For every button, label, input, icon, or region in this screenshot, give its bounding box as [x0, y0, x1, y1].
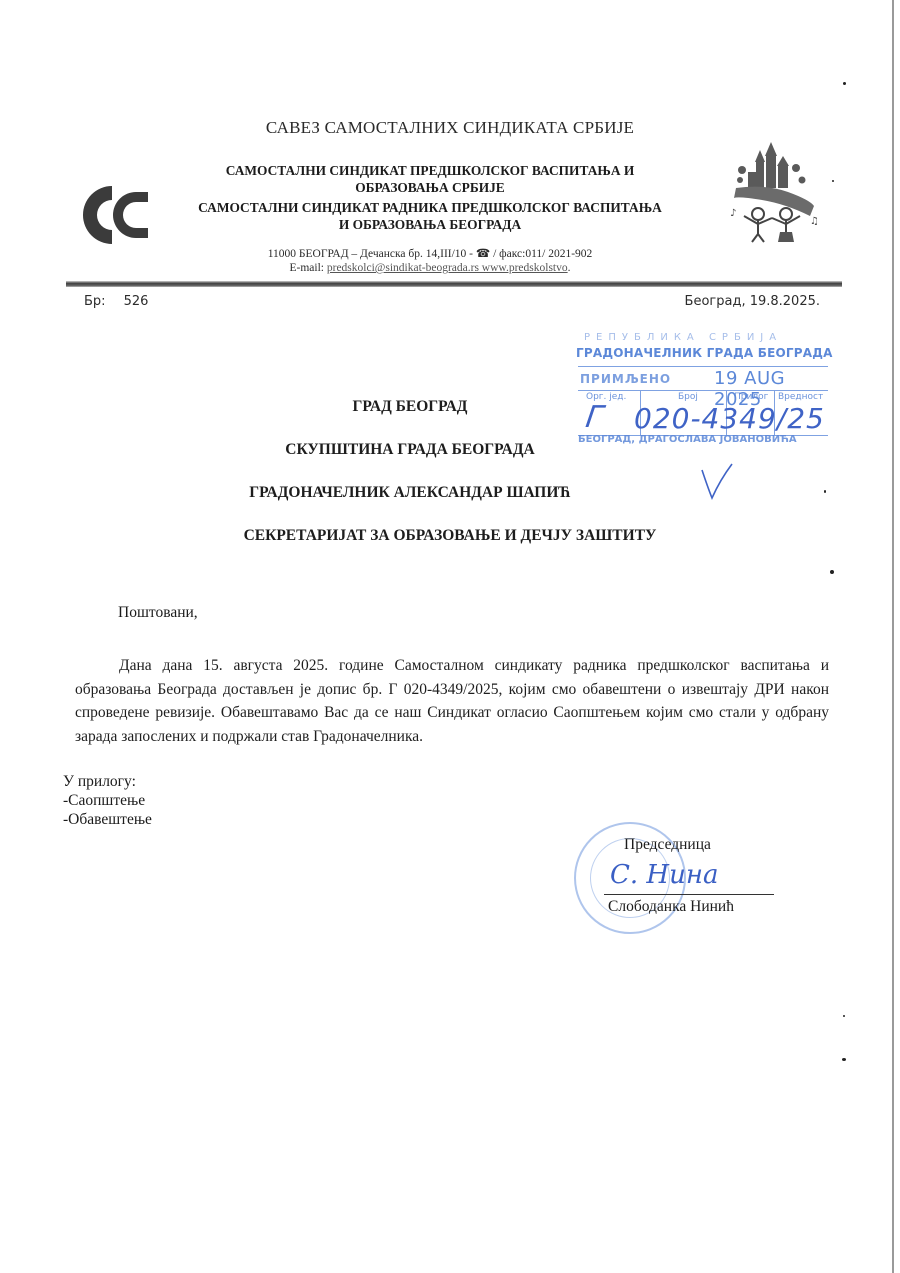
page-edge	[892, 0, 894, 1273]
handwritten-signature: С. Нина	[610, 860, 718, 890]
reference-number: Бр:526	[84, 294, 148, 309]
attachments: У прилогу: -Саопштење -Обавештење	[63, 772, 152, 829]
recipient-secretariat: СЕКРЕТАРИЈАТ ЗА ОБРАЗОВАЊЕ И ДЕЧЈУ ЗАШТИ…	[0, 527, 900, 545]
address-line: 11000 БЕОГРАД – Дечанска бр. 14,III/10 -…	[160, 247, 700, 261]
letter-body: Дана дана 15. августа 2025. године Самос…	[75, 654, 829, 748]
org-line-4: И ОБРАЗОВАЊА БЕОГРАДА	[160, 216, 700, 233]
place-date: Београд, 19.8.2025.	[685, 294, 820, 309]
email-line: E-mail: predskolci@sindikat-beograda.rs …	[160, 261, 700, 275]
organization-names: САМОСТАЛНИ СИНДИКАТ ПРЕДШКОЛСКОГ ВАСПИТА…	[160, 162, 700, 233]
attachment-item: -Обавештење	[63, 810, 152, 829]
org-line-2: ОБРАЗОВАЊА СРБИЈЕ	[160, 179, 700, 196]
recipient-mayor: ГРАДОНАЧЕЛНИК АЛЕКСАНДАР ШАПИЋ	[0, 484, 860, 502]
received-stamp: РЕПУБЛИКА СРБИЈА ГРАДОНАЧЕЛНИК ГРАДА БЕО…	[574, 330, 828, 448]
email-label: E-mail:	[289, 262, 326, 274]
letterhead-separator	[66, 281, 842, 287]
attachment-item: -Саопштење	[63, 791, 152, 810]
ss-union-logo-icon	[78, 184, 152, 246]
address-block: 11000 БЕОГРАД – Дечанска бр. 14,III/10 -…	[160, 247, 700, 275]
federation-title: САВЕЗ САМОСТАЛНИХ СИНДИКАТА СРБИЈЕ	[0, 118, 900, 138]
stamp-top-line: РЕПУБЛИКА СРБИЈА	[584, 332, 782, 343]
recipient-city: ГРАД БЕОГРАД	[0, 398, 860, 416]
svg-text:♪: ♪	[730, 208, 736, 219]
signatory-name: Слободанка Нинић	[608, 898, 734, 916]
signatory-title: Председница	[624, 836, 711, 854]
org-line-3: САМОСТАЛНИ СИНДИКАТ РАДНИКА ПРЕДШКОЛСКОГ…	[160, 199, 700, 216]
email-website-link[interactable]: predskolci@sindikat-beograda.rs www.pred…	[327, 262, 568, 274]
reference-label: Бр:	[84, 294, 106, 309]
children-castle-emblem-icon: ♪ ♫	[726, 140, 822, 244]
stamp-title: ГРАДОНАЧЕЛНИК ГРАДА БЕОГРАДА	[576, 346, 833, 360]
org-line-1: САМОСТАЛНИ СИНДИКАТ ПРЕДШКОЛСКОГ ВАСПИТА…	[160, 162, 700, 179]
signature-block: Председница С. Нина Слободанка Нинић	[590, 830, 790, 950]
salutation: Поштовани,	[118, 604, 198, 622]
stamp-received-label: ПРИМЉЕНО	[580, 372, 671, 386]
svg-text:♫: ♫	[810, 216, 819, 227]
reference-value: 526	[124, 294, 149, 309]
signature-line	[604, 894, 774, 895]
recipient-assembly: СКУПШТИНА ГРАДА БЕОГРАДА	[0, 441, 860, 459]
attachments-label: У прилогу:	[63, 772, 152, 791]
email-suffix: .	[568, 262, 571, 274]
